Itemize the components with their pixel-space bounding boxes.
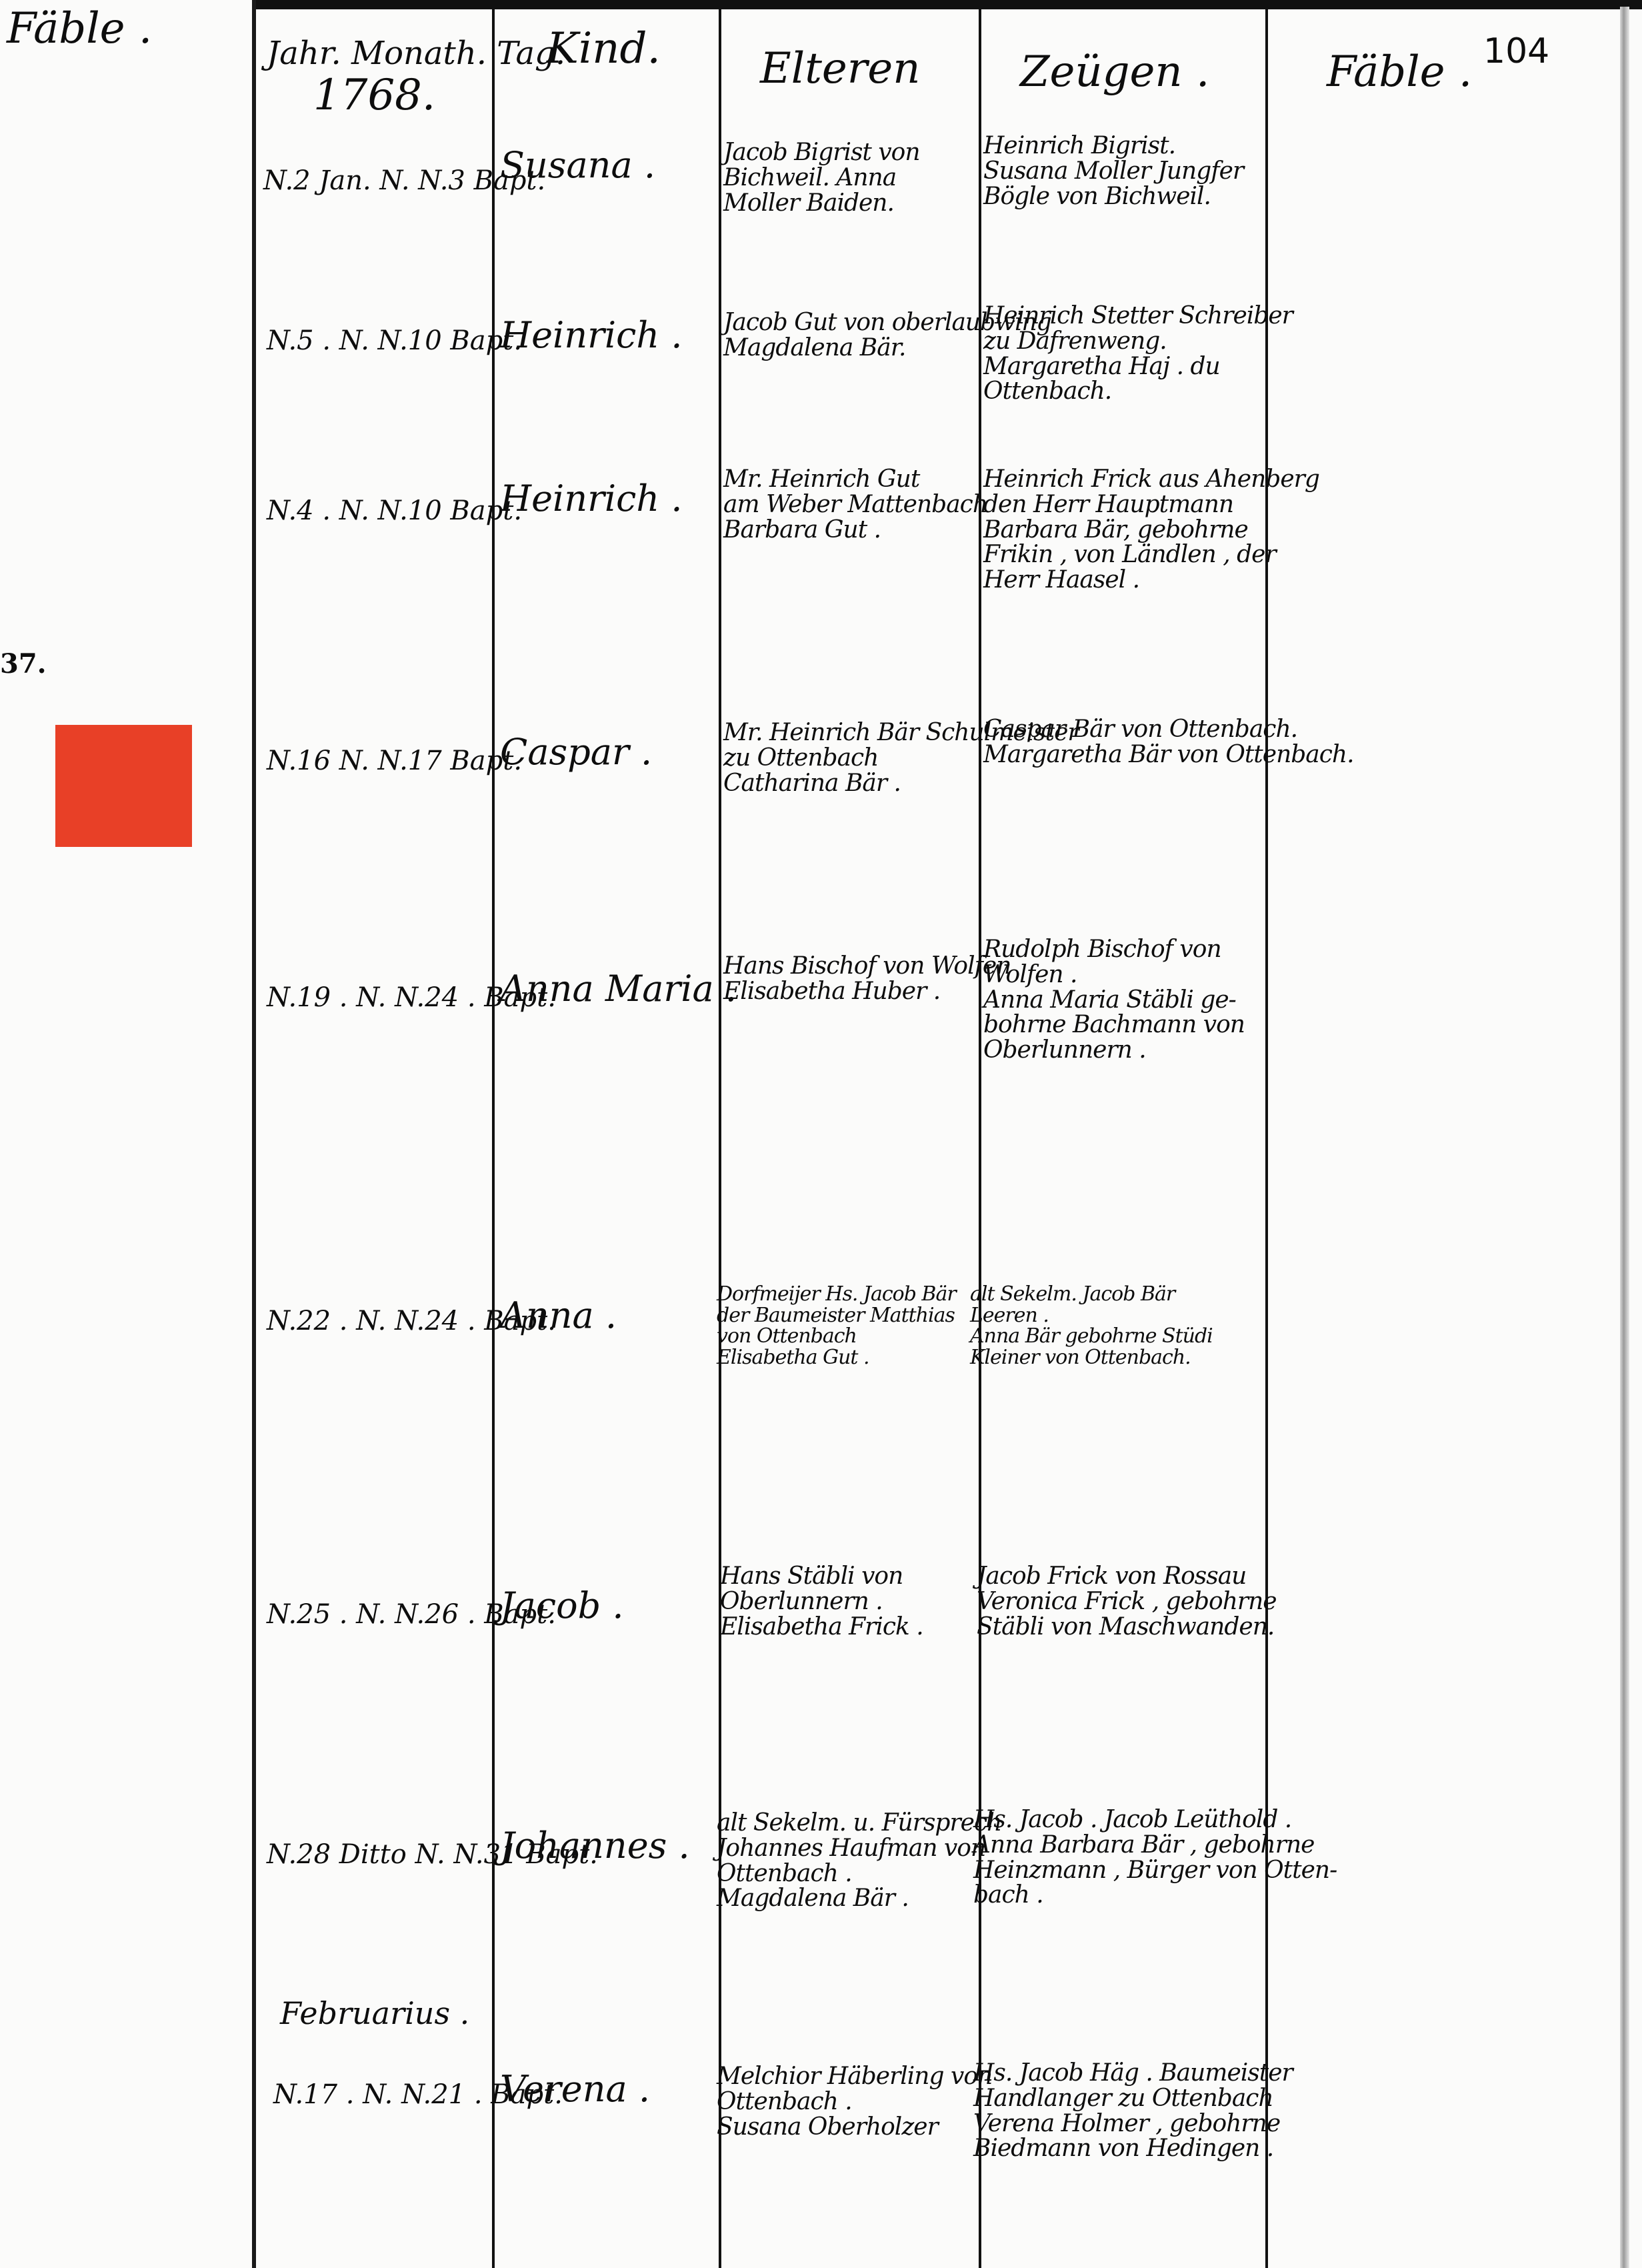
entry-witnesses: alt Sekelm. Jacob Bär Leeren . Anna Bär …	[970, 1284, 1213, 1368]
entry-witnesses: Jacob Frick von Rossau Veronica Frick , …	[977, 1564, 1277, 1639]
header-left-margin: Fäble .	[7, 7, 152, 51]
header-date: Jahr. Monath. Tag.	[267, 37, 565, 70]
entry-date: N.5 . N. N.10 Bapt.	[267, 327, 522, 355]
entry-child: Jacob .	[500, 1587, 624, 1625]
entry-parents: alt Sekelm. u. Fürsprech Johannes Haufma…	[717, 1811, 1001, 1911]
entry-parents: Hans Bischof von Wolfen Elisabetha Huber…	[723, 954, 1011, 1004]
entry-parents: Hans Stäbli von Oberlunnern . Elisabetha…	[720, 1564, 923, 1639]
entry-child: Susana .	[500, 147, 655, 185]
page-right-edge	[1620, 7, 1629, 2268]
left-page-fragment: 37.	[0, 650, 47, 678]
entry-parents: Jacob Bigrist von Bichweil. Anna Moller …	[723, 140, 920, 215]
entry-date: N.4 . N. N.10 Bapt.	[267, 497, 522, 525]
entry-witnesses: Rudolph Bischof von Wolfen . Anna Maria …	[983, 937, 1245, 1063]
header-date-year: 1768.	[313, 73, 435, 118]
header-child: Kind.	[547, 27, 661, 71]
entry-witnesses: Hs. Jacob Häg . Baumeister Handlanger zu…	[973, 2061, 1293, 2161]
page-gutter-line	[252, 0, 256, 2268]
entry-witnesses: Heinrich Stetter Schreiber zu Dafrenweng…	[983, 303, 1293, 404]
entry-child: Anna .	[500, 1297, 617, 1335]
entry-witnesses: Caspar Bär von Ottenbach. Margaretha Bär…	[983, 717, 1354, 768]
header-right-margin: Fäble .	[1327, 50, 1472, 95]
red-marker-square	[55, 725, 192, 847]
entry-child: Heinrich .	[500, 317, 683, 355]
entry-witnesses: Heinrich Frick aus Ahenberg den Herr Hau…	[983, 467, 1319, 593]
entry-child: Anna Maria .	[500, 970, 737, 1008]
entry-child: Johannes .	[500, 1827, 690, 1865]
entry-witnesses: Heinrich Bigrist. Susana Moller Jungfer …	[983, 133, 1243, 209]
column-rule-child-parents	[719, 0, 721, 2268]
entry-date: N.16 N. N.17 Bapt.	[267, 747, 522, 775]
entry-child: Heinrich .	[500, 480, 683, 518]
entry-child: Caspar .	[500, 734, 652, 772]
month-heading: Februarius .	[280, 1997, 469, 2029]
entry-witnesses: Hs. Jacob . Jacob Leüthold . Anna Barbar…	[973, 1807, 1337, 1908]
entry-child: Verena .	[500, 2071, 650, 2109]
entry-parents: Dorfmeijer Hs. Jacob Bär der Baumeister …	[717, 1284, 956, 1368]
entry-parents: Mr. Heinrich Gut am Weber Mattenbach Bar…	[723, 467, 987, 542]
entry-parents: Melchior Häberling von Ottenbach . Susan…	[717, 2064, 992, 2139]
header-witnesses: Zeügen .	[1020, 50, 1209, 95]
page-top-shadow	[253, 0, 1642, 9]
header-parents: Elteren	[760, 47, 920, 91]
folio-number: 104	[1483, 33, 1549, 70]
